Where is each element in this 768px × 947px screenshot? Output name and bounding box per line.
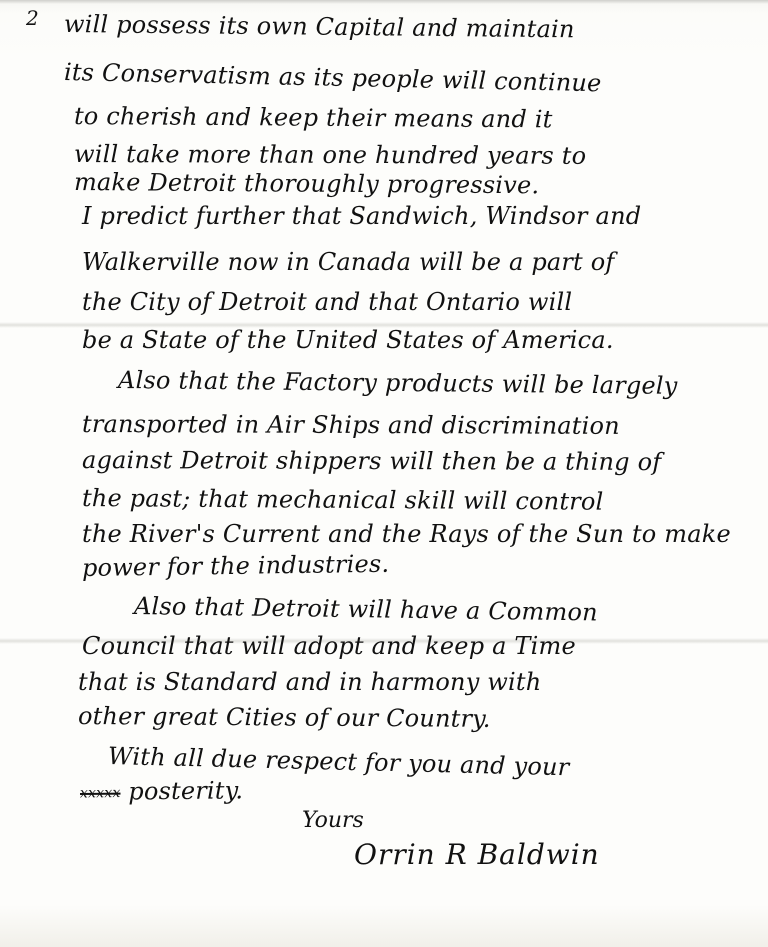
- letter-line-19: other great Cities of our Country.: [78, 702, 491, 733]
- letter-line-16: Also that Detroit will have a Common: [134, 592, 598, 626]
- letter-line-18: that is Standard and in harmony with: [78, 668, 541, 696]
- letter-line-7: Walkerville now in Canada will be a part…: [82, 248, 614, 276]
- letter-page: 2 will possess its own Capital and maint…: [0, 0, 768, 947]
- letter-line-20: With all due respect for you and your: [108, 742, 570, 781]
- paper-top-edge: [0, 0, 768, 4]
- paper-discoloration: [0, 905, 768, 947]
- letter-line-5: make Detroit thoroughly progressive.: [74, 168, 539, 199]
- letter-line-15: power for the industries.: [82, 550, 390, 582]
- letter-line-9: be a State of the United States of Ameri…: [82, 326, 614, 354]
- letter-line-21: xxxxx posterity.: [80, 776, 243, 806]
- letter-line-11: transported in Air Ships and discriminat…: [82, 410, 620, 440]
- letter-line-21-text: posterity.: [128, 776, 243, 805]
- letter-line-14: the River's Current and the Rays of the …: [82, 520, 731, 548]
- letter-line-17: Council that will adopt and keep a Time: [82, 632, 576, 660]
- letter-line-12: against Detroit shippers will then be a …: [82, 446, 661, 476]
- letter-line-13: the past; that mechanical skill will con…: [82, 484, 604, 516]
- page-number: 2: [26, 6, 39, 30]
- letter-line-2: its Conservatism as its people will cont…: [64, 58, 602, 97]
- letter-line-10: Also that the Factory products will be l…: [118, 366, 678, 400]
- letter-line-1: will possess its own Capital and maintai…: [64, 10, 575, 43]
- struck-out-word: xxxxx: [80, 785, 121, 801]
- letter-line-8: the City of Detroit and that Ontario wil…: [82, 288, 572, 316]
- letter-line-6: I predict further that Sandwich, Windsor…: [82, 202, 641, 230]
- letter-line-4: will take more than one hundred years to: [74, 140, 586, 170]
- letter-line-3: to cherish and keep their means and it: [74, 102, 553, 133]
- closing-salutation: Yours: [302, 808, 364, 833]
- signature: Orrin R Baldwin: [354, 838, 600, 871]
